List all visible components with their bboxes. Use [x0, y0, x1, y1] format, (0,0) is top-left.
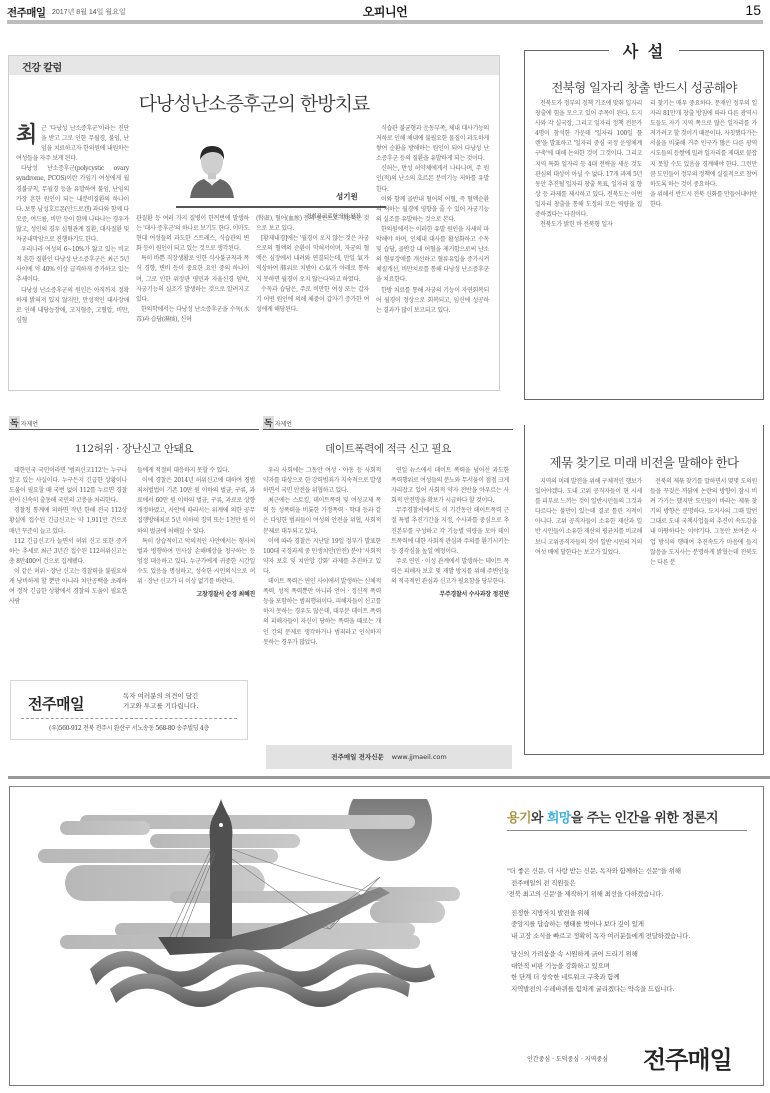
masthead-rule	[7, 20, 763, 24]
byline: 고창경찰서 순경 최혜진	[137, 590, 255, 600]
ad-slogan: 인간중심 · 도덕중심 · 지역중심	[527, 1054, 608, 1063]
article-column: 관질환 등 여러 가지 질병이 한꺼번에 발생하는 '대사 증후군'의 하나로 …	[136, 214, 249, 325]
reader-contribution: 독자제언 데이트폭력에 적극 신고 필요 우리 사회에는 그동안 여성 · 아동…	[263, 416, 513, 716]
article-column: 지역의 미래 발전을 위해 구체적인 행보가 있어야겠다. 도내 고위 공직자들…	[535, 477, 642, 558]
author-name: 성기원	[336, 191, 358, 202]
author-portrait	[186, 138, 238, 198]
ad-divider	[507, 830, 747, 831]
column-label: 건강 칼럼	[9, 56, 499, 75]
byline: 무주경찰서 수사과장 정진만	[391, 590, 509, 600]
postal-address: (우)560-912 전북 전주시 완산구 서노송동 568-80 송주빌딩 4…	[11, 723, 247, 732]
article-headline: 데이트폭력에 적극 신고 필요	[263, 441, 513, 456]
dropcap: 최	[16, 125, 37, 145]
submission-message: 독자 여러분의 의견이 담긴 기고와 투고를 기다립니다.	[123, 691, 198, 711]
article-column: 우리 사회에는 그동안 여성 · 아동 등 사회적 약자를 대상으로 한 강력범…	[263, 466, 381, 648]
article-column: 대한민국 국민이라면 '범죄신고112'는 누구나 알고 있는 사실이다. 누구…	[9, 466, 127, 607]
article-column: 연일 뉴스에서 데이트 폭력을 넘어선 과도한 폭력행위로 여성들의 분노와 무…	[391, 466, 509, 600]
page-number: 15	[745, 2, 761, 18]
e-newspaper-banner: 전주매일 전자신문www.jjmaeil.com	[266, 745, 512, 769]
editorial-box: 사 설 전북형 일자리 창출 반드시 성공해야 전북도가 정부의 정책 기조에 …	[524, 50, 764, 400]
article-column: (腎虛), 혈어(血瘀) 등의 원인으로 작용하는 것으로 보고 있다. [황제…	[256, 214, 369, 315]
pen-ship-illustration	[30, 799, 470, 1039]
article-headline: 112허위 · 장난신고 안돼요	[9, 441, 259, 456]
submission-notice: 전주매일 독자 여러분의 의견이 담긴 기고와 투고를 기다립니다. (우)56…	[10, 680, 248, 740]
section-label: 독자제언	[263, 416, 513, 430]
section-label: 독자제언	[9, 416, 259, 430]
ad-headline: 용기와 희망을 주는 인간을 위한 정론지	[507, 807, 718, 826]
editorial-header: 사 설	[525, 39, 763, 62]
newspaper-logo: 전주매일	[643, 1040, 732, 1075]
newspaper-logo: 전주매일	[28, 693, 84, 714]
article-column: 전북의 제묶 찾기를 말하면서 몇몇 도의원들을 꾸짖은 까닭에 논란의 방향이…	[650, 477, 757, 568]
editorial-headline: 제묶 찾기로 미래 비전을 말해야 한다	[525, 453, 763, 471]
website-link[interactable]: www.jjmaeil.com	[392, 753, 447, 761]
dashed-divider	[21, 718, 237, 719]
editorial-headline: 전북형 일자리 창출 반드시 성공해야	[525, 78, 763, 96]
portrait-divider	[176, 206, 386, 208]
section-title: 오피니언	[7, 3, 763, 20]
ad-body-text: "더 좋은 신문, 더 사랑 받는 신문, 독자와 함께하는 신문"을 위해 전…	[507, 866, 690, 1002]
article-headline: 다낭성난소증후군의 한방치료	[9, 89, 499, 116]
reader-contribution: 독자제언 112허위 · 장난신고 안돼요 대한민국 국민이라면 '범죄신고11…	[9, 416, 259, 716]
health-column: 건강 칼럼 다낭성난소증후군의 한방치료 최 근 '다낭성 난소증후군'이라는 …	[8, 55, 500, 391]
article-column: 전북도가 정부의 정책 기조에 맞춰 일자리 창출에 힘을 모으고 있어 주목이…	[535, 99, 642, 230]
house-advertisement: 용기와 희망을 주는 인간을 위한 정론지 "더 좋은 신문, 더 사랑 받는 …	[9, 786, 764, 1086]
editorial-box-lower: 제묶 찾기로 미래 비전을 말해야 한다 지역의 미래 발전을 위해 구체적인 …	[524, 425, 764, 755]
section-divider	[8, 776, 770, 779]
masthead: 전주매일 2017년 8월 14일 월요일 오피니언 15	[7, 2, 763, 22]
article-column: 리 찾기는 매우 중요하다. 문재인 정부의 일자리 81만개 창출 방침에 따…	[650, 99, 757, 210]
article-column: 식습관 불균형과 운동부족, 체내 대사기능의 저하로 인해 체내에 불필요한 …	[376, 124, 489, 316]
article-column: 들에게 적절히 대응하지 못할 수 있다. 이에 경찰은 2014년 허위신고에…	[137, 466, 255, 600]
article-column: 최 근 '다낭성 난소증후군'이라는 진단을 받고 그로 인한 무월경, 불임,…	[16, 124, 129, 326]
